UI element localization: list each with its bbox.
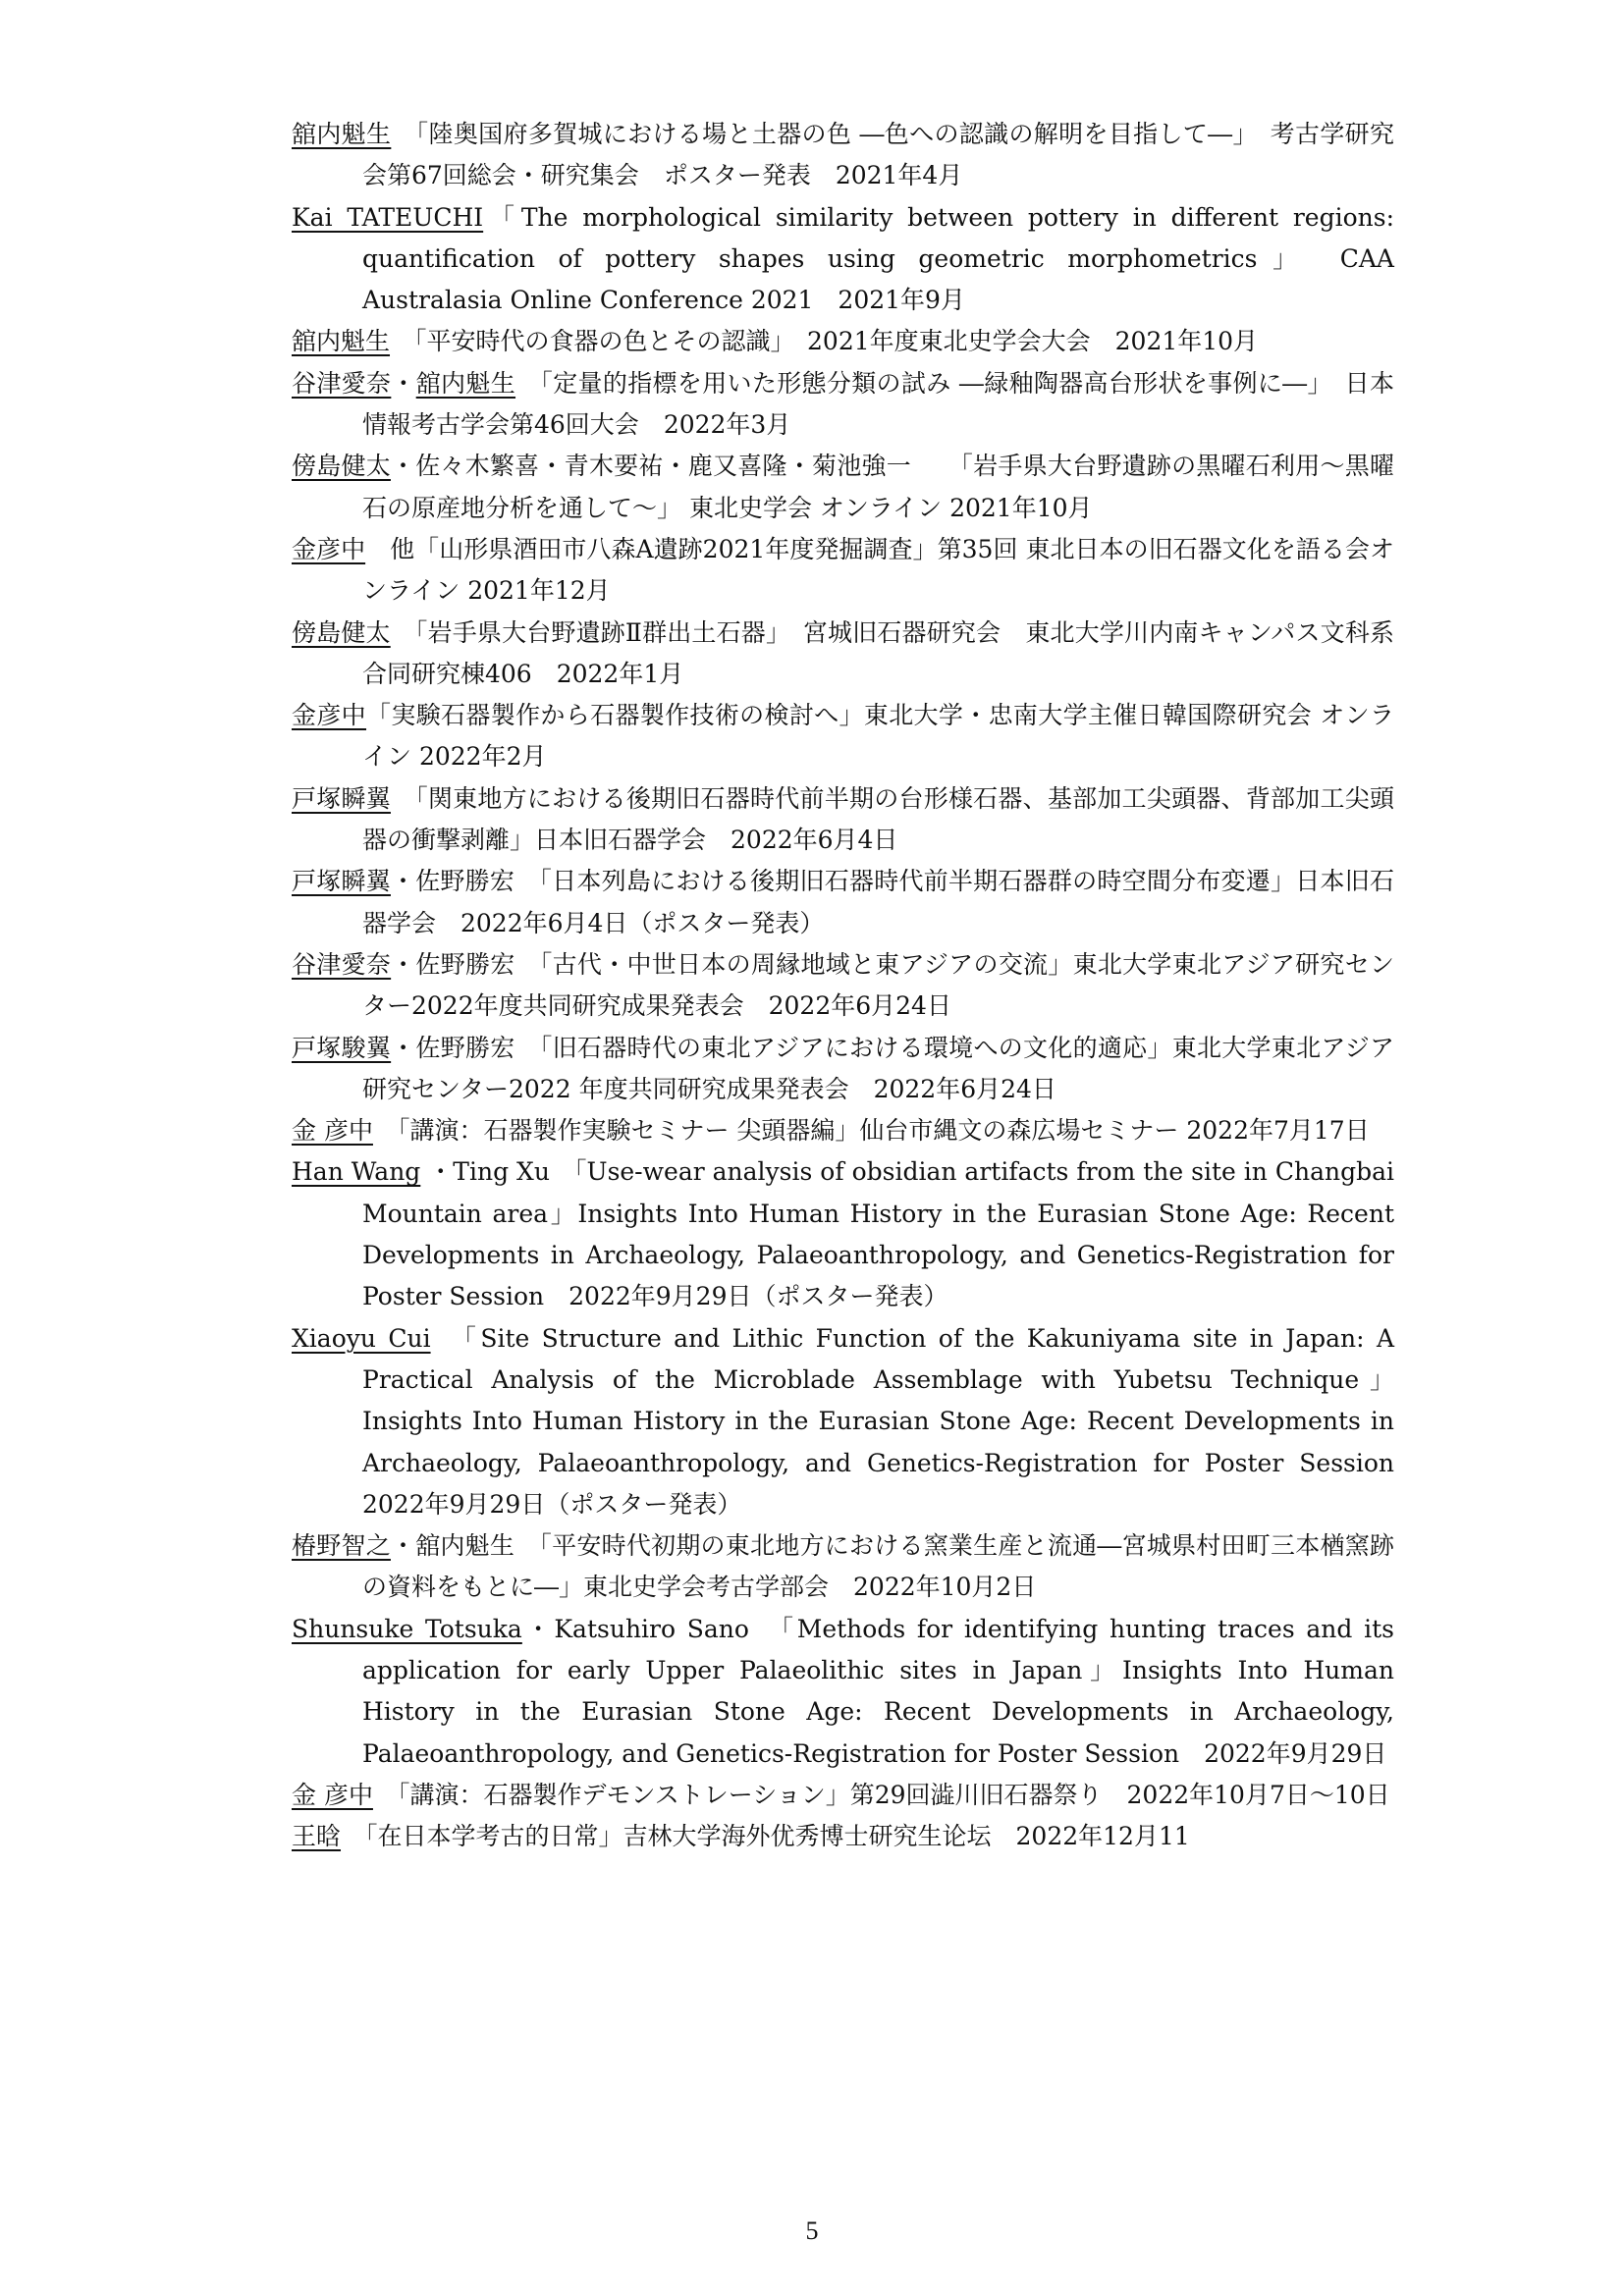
entry-text: 「在日本学考古的日常」吉林大学海外优秀博士研究生论坛 2022年12月11 [341,1822,1190,1850]
author-name: 戸塚瞬翼 [292,784,391,813]
author-name: 金 彦中 [292,1116,373,1145]
author-name-2: 舘内魁生 [416,369,515,398]
entry-text: 「定量的指標を用いた形態分類の試み ―緑釉陶器高台形状を事例に―」 日本情報考古… [362,369,1394,439]
list-item: 金彦中 他「山形県酒田市八森A遺跡2021年度発掘調査」第35回 東北日本の旧石… [292,529,1394,613]
list-item: Han Wang ・Ting Xu 「Use-wear analysis of … [292,1151,1394,1317]
co-authors: ・佐野勝宏 [391,867,514,895]
co-authors: ・舘内魁生 [391,1531,514,1560]
entry-text: 「平安時代初期の東北地方における窯業生産と流通―宮城県村田町三本楢窯跡の資料をも… [362,1531,1394,1601]
entry-text: 「講演：石器製作実験セミナー 尖頭器編」仙台市縄文の森広場セミナー 2022年7… [373,1116,1370,1145]
author-name: 金彦中 [292,535,365,563]
list-item: 舘内魁生 「平安時代の食器の色とその認識」 2021年度東北史学会大会 2021… [292,321,1394,362]
entry-text: 他「山形県酒田市八森A遺跡2021年度発掘調査」第35回 東北日本の旧石器文化を… [362,535,1394,605]
entry-text: 「陸奥国府多賀城における場と土器の色 ―色への認識の解明を目指して―」 考古学研… [362,120,1394,189]
list-item: 傍島健太・佐々木繁喜・青木要祐・鹿又喜隆・菊池強一 「岩手県大台野遺跡の黒曜石利… [292,446,1394,529]
co-authors: ・Katsuhiro Sano [522,1615,749,1643]
entry-text: 「関東地方における後期旧石器時代前半期の台形様石器、基部加工尖頭器、背部加工尖頭… [362,784,1394,854]
list-item: 金 彦中 「講演：石器製作実験セミナー 尖頭器編」仙台市縄文の森広場セミナー 2… [292,1110,1394,1151]
list-item: 椿野智之・舘内魁生 「平安時代初期の東北地方における窯業生産と流通―宮城県村田町… [292,1525,1394,1609]
list-item: 戸塚駿翼・佐野勝宏 「旧石器時代の東北アジアにおける環境への文化的適応」東北大学… [292,1028,1394,1111]
author-name: 金 彦中 [292,1781,373,1809]
author-name: 金彦中 [292,701,366,729]
co-authors: ・佐々木繁喜・青木要祐・鹿又喜隆・菊池強一 [391,452,911,480]
author-name: 谷津愛奈 [292,950,391,979]
author-name: 傍島健太 [292,618,391,647]
list-item: 金彦中「実験石器製作から石器製作技術の検討へ」東北大学・忠南大学主催日韓国際研究… [292,695,1394,778]
list-item: Xiaoyu Cui 「Site Structure and Lithic Fu… [292,1318,1394,1525]
entry-text: 「講演：石器製作デモンストレーション」第29回澁川旧石器祭り 2022年10月7… [373,1781,1390,1809]
co-authors: ・ [391,369,415,398]
list-item: 戸塚瞬翼 「関東地方における後期旧石器時代前半期の台形様石器、基部加工尖頭器、背… [292,778,1394,862]
entry-text: 「実験石器製作から石器製作技術の検討へ」東北大学・忠南大学主催日韓国際研究会 オ… [362,701,1394,771]
author-name: Han Wang [292,1157,420,1186]
list-item: 谷津愛奈・佐野勝宏 「古代・中世日本の周縁地域と東アジアの交流」東北大学東北アジ… [292,944,1394,1028]
author-name: 戸塚駿翼 [292,1034,391,1062]
entry-text: 「旧石器時代の東北アジアにおける環境への文化的適応」東北大学東北アジア研究センタ… [362,1034,1394,1103]
list-item: 谷津愛奈・舘内魁生 「定量的指標を用いた形態分類の試み ―緑釉陶器高台形状を事例… [292,363,1394,447]
list-item: 舘内魁生 「陸奥国府多賀城における場と土器の色 ―色への認識の解明を目指して―」… [292,114,1394,197]
co-authors: ・Ting Xu [420,1157,550,1186]
author-name: 椿野智之 [292,1531,391,1560]
entry-text: 「平安時代の食器の色とその認識」 2021年度東北史学会大会 2021年10月 [390,327,1258,355]
author-name: Shunsuke Totsuka [292,1615,522,1643]
page-number: 5 [0,2216,1624,2246]
list-item: 傍島健太 「岩手県大台野遺跡Ⅱ群出土石器」 宮城旧石器研究会 東北大学川内南キャ… [292,613,1394,696]
author-name: 王晗 [292,1822,341,1850]
entry-text: 「日本列島における後期旧石器時代前半期石器群の時空間分布変遷」日本旧石器学会 2… [362,867,1394,936]
list-item: Shunsuke Totsuka・Katsuhiro Sano 「Methods… [292,1609,1394,1775]
entry-text: 「Site Structure and Lithic Function of t… [362,1324,1419,1519]
presentation-list: 舘内魁生 「陸奥国府多賀城における場と土器の色 ―色への認識の解明を目指して―」… [292,114,1394,1857]
author-name: Xiaoyu Cui [292,1324,431,1353]
list-item: 戸塚瞬翼・佐野勝宏 「日本列島における後期旧石器時代前半期石器群の時空間分布変遷… [292,861,1394,944]
author-name: 舘内魁生 [292,327,390,355]
author-name: 傍島健太 [292,452,391,480]
author-name: 戸塚瞬翼 [292,867,391,895]
author-name: Kai TATEUCHI [292,203,483,232]
entry-text: 「古代・中世日本の周縁地域と東アジアの交流」東北大学東北アジア研究センター202… [362,950,1394,1020]
co-authors: ・佐野勝宏 [391,1034,514,1062]
list-item: Kai TATEUCHI「The morphological similarit… [292,197,1394,322]
co-authors: ・佐野勝宏 [391,950,514,979]
list-item: 金 彦中 「講演：石器製作デモンストレーション」第29回澁川旧石器祭り 2022… [292,1775,1394,1816]
author-name: 舘内魁生 [292,120,391,148]
author-name: 谷津愛奈 [292,369,391,398]
entry-text: 「The morphological similarity between po… [362,203,1394,315]
list-item: 王晗 「在日本学考古的日常」吉林大学海外优秀博士研究生论坛 2022年12月11 [292,1816,1394,1857]
entry-text: 「岩手県大台野遺跡Ⅱ群出土石器」 宮城旧石器研究会 東北大学川内南キャンパス文科… [362,618,1394,688]
